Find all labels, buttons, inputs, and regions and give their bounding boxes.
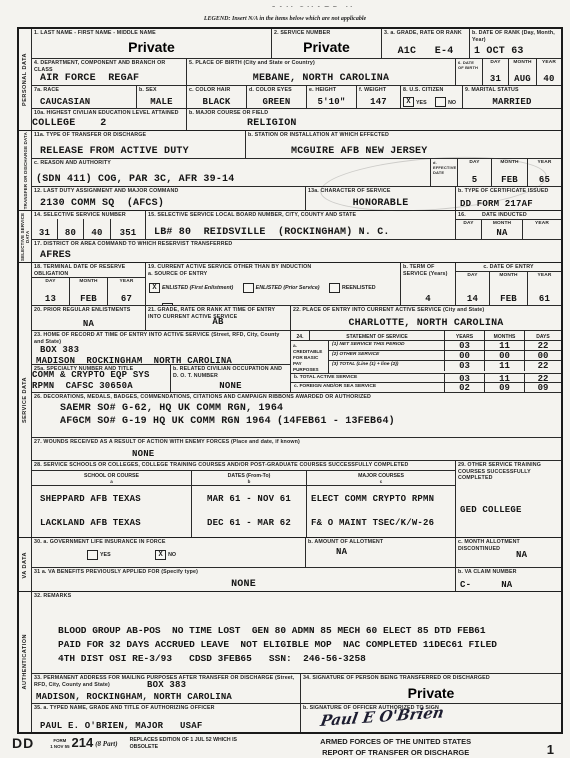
dob-year-value: 40 bbox=[537, 74, 561, 84]
field-us-citizen: 8. U.S. CITIZEN XYES NO bbox=[401, 86, 463, 108]
eff-year-value: 65 bbox=[528, 175, 561, 185]
field-va-claim-number: b. VA CLAIM NUMBER C- NA bbox=[456, 568, 561, 591]
field-service-number-label: 2. SERVICE NUMBER bbox=[272, 29, 381, 37]
field-reservist-command-value: AFRES bbox=[32, 250, 561, 261]
svc-row4-days: 22 bbox=[524, 374, 561, 382]
insurance-yes-checkbox bbox=[87, 550, 98, 560]
reenlisted-label: REENLISTED bbox=[342, 285, 376, 291]
field-station-effected-value: MCGUIRE AFB NEW JERSEY bbox=[246, 146, 561, 157]
enlisted-prior-checkbox bbox=[243, 283, 254, 293]
ind-year-label: YEAR bbox=[523, 220, 561, 227]
term-month-label: MONTH bbox=[70, 278, 107, 285]
field-term-of-service-value: 4 bbox=[401, 294, 455, 304]
rail-selective-label: SELECTIVE SERVICE DATA bbox=[20, 211, 30, 262]
field-sex: b. SEX MALE bbox=[137, 86, 187, 108]
svc-num: 24. bbox=[291, 331, 309, 340]
field-other-training: 29. OTHER SERVICE TRAINING COURSES SUCCE… bbox=[456, 461, 561, 537]
field-service-schools: 28. SERVICE SCHOOLS OR COLLEGES, COLLEGE… bbox=[32, 461, 456, 537]
entry-month-value: FEB bbox=[490, 294, 527, 304]
field-type-of-discharge: 11a. TYPE OF TRANSFER OR DISCHARGE RELEA… bbox=[32, 131, 246, 158]
field-reservist-command-label: 17. DISTRICT OR AREA COMMAND TO WHICH RE… bbox=[32, 240, 561, 248]
field-height-label: e. HEIGHT bbox=[307, 86, 356, 94]
field-sex-label: b. SEX bbox=[137, 86, 186, 94]
field-last-duty-label: 12. LAST DUTY ASSIGNMENT AND MAJOR COMMA… bbox=[32, 187, 305, 195]
field-date-of-birth-caption: 6. DATE OF BIRTH bbox=[456, 59, 483, 85]
svc-col-months: MONTHS bbox=[484, 331, 524, 340]
field-prior-enlistments: 20. PRIOR REGULAR ENLISTMENTS NA bbox=[32, 306, 146, 330]
field-last-duty: 12. LAST DUTY ASSIGNMENT AND MAJOR COMMA… bbox=[32, 187, 306, 210]
field-decorations-label: 26. DECORATIONS, MEDALS, BADGES, COMMEND… bbox=[32, 393, 561, 401]
field-authorizing-officer-label: 35. a. TYPED NAME, GRADE AND TITLE OF AU… bbox=[32, 704, 300, 712]
field-certificate-issued-value: DD FORM 217AF bbox=[456, 199, 561, 209]
field-eyes-label: d. COLOR EYES bbox=[247, 86, 306, 94]
field-eyes-value: GREEN bbox=[247, 97, 306, 107]
field-type-of-discharge-label: 11a. TYPE OF TRANSFER OR DISCHARGE bbox=[32, 131, 245, 139]
field-reason-authority-value: (SDN 411) COG, PAR 3C, AFR 39-14 bbox=[32, 174, 430, 185]
svc-row4-years: 03 bbox=[444, 374, 484, 382]
footer-form-date: 1 NOV 55 bbox=[50, 744, 69, 750]
field-source-of-entry-sublabel: a. SOURCE OF ENTRY bbox=[146, 271, 400, 278]
field-va-benefits-value: NONE bbox=[32, 579, 455, 590]
field-home-of-record-line2: MADISON ROCKINGHAM NORTH CAROLINA bbox=[32, 356, 290, 365]
term-month-value: FEB bbox=[70, 294, 107, 304]
field-effective-date-label: d. EFFECTIVE DATE bbox=[431, 159, 457, 175]
term-day-label: DAY bbox=[32, 278, 69, 285]
svc-group-label: a. CREDITABLE FOR BASIC PAY PURPOSES bbox=[291, 341, 329, 373]
field-service-schools-label: 28. SERVICE SCHOOLS OR COLLEGES, COLLEGE… bbox=[32, 461, 455, 471]
svc-col-years: YEARS bbox=[444, 331, 484, 340]
field-prior-enlistments-value: NA bbox=[32, 319, 145, 329]
svc-row2-months: 00 bbox=[484, 351, 524, 360]
schools-col-c-letter: c bbox=[380, 479, 383, 484]
entry-year-value: 61 bbox=[528, 294, 561, 304]
form-footer: DD FORM 1 NOV 55 214 (8 Part) REPLACES E… bbox=[12, 735, 562, 758]
remarks-line-2: PAID FOR 32 DAYS ACCRUED LEAVE NOT ELIGI… bbox=[58, 638, 561, 652]
citizen-no-checkbox bbox=[435, 97, 446, 107]
rail-service-label: SERVICE DATA bbox=[22, 377, 28, 423]
field-decorations: 26. DECORATIONS, MEDALS, BADGES, COMMEND… bbox=[32, 393, 561, 437]
rail-authentication-label: AUTHENTICATION bbox=[22, 634, 28, 689]
field-date-inducted-label: DATE INDUCTED bbox=[480, 211, 529, 219]
svc-row1-years: 03 bbox=[444, 341, 484, 350]
field-civilian-occupation-value: NONE bbox=[171, 381, 290, 391]
svc-row4-label: b. TOTAL ACTIVE SERVICE bbox=[291, 374, 444, 382]
svc-row2-days: 00 bbox=[524, 351, 561, 360]
field-eyes: d. COLOR EYES GREEN bbox=[247, 86, 307, 108]
field-reason-authority: c. REASON AND AUTHORITY (SDN 411) COG, P… bbox=[32, 159, 431, 186]
svc-title: STATEMENT OF SERVICE bbox=[309, 331, 444, 340]
field-department: 4. DEPARTMENT, COMPONENT AND BRANCH OR C… bbox=[32, 59, 187, 85]
schools-col-a-letter: a bbox=[110, 479, 113, 484]
field-permanent-address-line1: BOX 383 bbox=[147, 680, 186, 690]
rail-transfer-data: TRANSFER OR DISCHARGE DATA bbox=[19, 131, 32, 210]
field-major-course-value: RELIGION bbox=[187, 118, 561, 129]
field-va-benefits: 31 a. VA BENEFITS PREVIOUSLY APPLIED FOR… bbox=[32, 568, 456, 591]
field-place-of-entry: 22. PLACE OF ENTRY INTO CURRENT ACTIVE S… bbox=[291, 306, 561, 330]
page-number: 1 bbox=[547, 742, 554, 757]
field-month-discontinued-value: NA bbox=[456, 550, 561, 560]
section-va-data: VA DATA 30. a. GOVERNMENT LIFE INSURANCE… bbox=[19, 538, 561, 592]
field-life-insurance: 30. a. GOVERNMENT LIFE INSURANCE IN FORC… bbox=[32, 538, 306, 567]
field-place-of-entry-value: CHARLOTTE, NORTH CAROLINA bbox=[291, 318, 561, 329]
section-personal-data: PERSONAL DATA 1. LAST NAME - FIRST NAME … bbox=[19, 29, 561, 131]
svc-col-days: DAYS bbox=[524, 331, 561, 340]
field-place-of-birth: 5. PLACE OF BIRTH (City and State or Cou… bbox=[187, 59, 456, 85]
entry-month-label: MONTH bbox=[490, 272, 527, 279]
svc-row1-months: 11 bbox=[484, 341, 524, 350]
field-date-inducted-value: NA bbox=[482, 228, 522, 238]
field-date-inducted-num: 16. bbox=[456, 211, 480, 219]
enlisted-first-checkbox: X bbox=[149, 283, 160, 293]
field-last-duty-value: 2130 COMM SQ (AFCS) bbox=[32, 198, 305, 209]
rail-va-data: VA DATA bbox=[19, 538, 32, 591]
field-local-board: 15. SELECTIVE SERVICE LOCAL BOARD NUMBER… bbox=[146, 211, 456, 239]
field-life-insurance-label: 30. a. GOVERNMENT LIFE INSURANCE IN FORC… bbox=[32, 538, 305, 546]
field-education-level-value: COLLEGE 2 bbox=[32, 118, 186, 129]
field-effective-date: DAY5 MONTHFEB YEAR65 bbox=[458, 159, 561, 186]
field-place-of-entry-label: 22. PLACE OF ENTRY INTO CURRENT ACTIVE S… bbox=[291, 306, 561, 314]
home-record-specialty-block: 23. HOME OF RECORD AT TIME OF ENTRY INTO… bbox=[32, 331, 291, 392]
field-officer-signature: b. SIGNATURE OF OFFICER AUTHORIZED TO SI… bbox=[301, 704, 561, 732]
field-hair-label: c. COLOR HAIR bbox=[187, 86, 246, 94]
field-decorations-line2: AFGCM SO# G-19 HQ UK COMM RGN 1964 (14FE… bbox=[32, 416, 561, 427]
citizen-yes-label: YES bbox=[416, 99, 427, 105]
field-home-of-record-line1: BOX 383 bbox=[32, 345, 290, 355]
field-race: 7a. RACE CAUCASIAN bbox=[32, 86, 137, 108]
svc-row1-days: 22 bbox=[524, 341, 561, 350]
field-permanent-address: 33. PERMANENT ADDRESS FOR MAILING PURPOS… bbox=[32, 674, 301, 703]
svc-row1-label: (1) NET SERVICE THIS PERIOD bbox=[329, 341, 444, 350]
field-type-of-discharge-value: RELEASE FROM ACTIVE DUTY bbox=[32, 146, 245, 157]
field-amount-allotment-value: NA bbox=[306, 547, 455, 557]
entry-day-label: DAY bbox=[456, 272, 489, 279]
field-name: 1. LAST NAME - FIRST NAME - MIDDLE NAME … bbox=[32, 29, 272, 58]
school-row1-name: SHEPPARD AFB TEXAS bbox=[32, 494, 191, 504]
field-place-of-birth-value: MEBANE, NORTH CAROLINA bbox=[187, 73, 455, 84]
svc-row3-years: 03 bbox=[444, 361, 484, 371]
ssn-part-3: 40 bbox=[84, 228, 110, 238]
ind-month-label: MONTH bbox=[482, 220, 522, 227]
field-reason-authority-label: c. REASON AND AUTHORITY bbox=[32, 159, 430, 167]
rail-personal-label: PERSONAL DATA bbox=[22, 53, 28, 106]
other-entry-checkbox bbox=[162, 303, 173, 305]
field-va-claim-number-label: b. VA CLAIM NUMBER bbox=[456, 568, 561, 576]
school-row1-dates: MAR 61 - NOV 61 bbox=[192, 494, 306, 504]
field-marital-status-label: 9. MARITAL STATUS bbox=[463, 86, 561, 94]
field-decorations-line1: SAEMR SO# G-62, HQ UK COMM RGN, 1964 bbox=[32, 403, 561, 414]
field-date-of-birth: DAY31 MONTHAUG YEAR40 bbox=[483, 59, 561, 85]
dob-month-value: AUG bbox=[509, 74, 536, 84]
clipped-header-stamp-text: JAILGUARD II: bbox=[271, 5, 360, 7]
reenlisted-checkbox bbox=[329, 283, 340, 293]
field-civilian-occupation-label: b. RELATED CIVILIAN OCCUPATION AND D. O.… bbox=[171, 365, 290, 379]
field-race-value: CAUCASIAN bbox=[32, 97, 136, 107]
field-reservist-command: 17. DISTRICT OR AREA COMMAND TO WHICH RE… bbox=[32, 240, 561, 262]
field-hair: c. COLOR HAIR BLACK bbox=[187, 86, 247, 108]
footer-title-line1: ARMED FORCES OF THE UNITED STATES bbox=[255, 736, 537, 747]
ind-day-label: DAY bbox=[456, 220, 481, 227]
ssn-part-2: 80 bbox=[58, 228, 83, 238]
field-va-claim-number-value: NA bbox=[501, 580, 512, 590]
field-wounds-value: NONE bbox=[32, 449, 561, 459]
rail-selective-service: SELECTIVE SERVICE DATA bbox=[19, 211, 32, 262]
field-education-level: 10a. HIGHEST CIVILIAN EDUCATION LEVEL AT… bbox=[32, 109, 187, 130]
field-character-of-service-value: HONORABLE bbox=[306, 198, 455, 209]
eff-month-value: FEB bbox=[492, 175, 527, 185]
citizen-no-label: NO bbox=[448, 99, 456, 105]
dob-day-value: 31 bbox=[483, 74, 508, 84]
insurance-no-checkbox: X bbox=[155, 550, 166, 560]
field-wounds: 27. WOUNDS RECEIVED AS A RESULT OF ACTIO… bbox=[32, 438, 561, 460]
enlisted-prior-label: ENLISTED (Prior Service) bbox=[256, 285, 320, 291]
field-hair-value: BLACK bbox=[187, 97, 246, 107]
field-height-value: 5'10" bbox=[307, 97, 356, 107]
field-date-of-entry-label: c. DATE OF ENTRY bbox=[456, 263, 561, 271]
dob-day-label: DAY bbox=[483, 59, 508, 66]
field-date-of-birth-label: 6. DATE OF BIRTH bbox=[456, 59, 482, 70]
ssn-part-1: 31 bbox=[32, 228, 57, 238]
field-weight: f. WEIGHT 147 bbox=[357, 86, 401, 108]
field-us-citizen-label: 8. U.S. CITIZEN bbox=[401, 86, 462, 94]
statement-of-service-table: 24. STATEMENT OF SERVICE YEARS MONTHS DA… bbox=[291, 331, 561, 392]
field-name-value: Private bbox=[32, 39, 271, 55]
footer-title-line2: REPORT OF TRANSFER OR DISCHARGE bbox=[255, 747, 537, 758]
svc-row2-label: (2) OTHER SERVICE bbox=[329, 351, 444, 360]
field-place-of-birth-label: 5. PLACE OF BIRTH (City and State or Cou… bbox=[187, 59, 455, 67]
field-term-of-service-label: b. TERM OF SERVICE (Years) bbox=[401, 263, 455, 277]
field-service-number: 2. SERVICE NUMBER Private bbox=[272, 29, 382, 58]
field-prior-enlistments-label: 20. PRIOR REGULAR ENLISTMENTS bbox=[32, 306, 145, 314]
term-day-value: 13 bbox=[32, 294, 69, 304]
school-row2-dates: DEC 61 - MAR 62 bbox=[192, 518, 306, 528]
footer-form-id: FORM 1 NOV 55 214 (8 Part) bbox=[50, 735, 119, 750]
field-character-of-service: 13a. CHARACTER OF SERVICE HONORABLE bbox=[306, 187, 456, 210]
svc-row3-label: (3) TOTAL (Line (1) + line (2)) bbox=[329, 361, 444, 371]
field-selective-service-number: 14. SELECTIVE SERVICE NUMBER 31 80 40 35… bbox=[32, 211, 146, 239]
insurance-yes-label: YES bbox=[100, 552, 111, 558]
field-other-training-label: 29. OTHER SERVICE TRAINING COURSES SUCCE… bbox=[456, 461, 561, 482]
insurance-no-label: NO bbox=[168, 552, 176, 558]
field-grade-at-entry: 21. GRADE, RATE OR RANK AT TIME OF ENTRY… bbox=[146, 306, 291, 330]
clipped-header-stamp: JAILGUARD II: bbox=[225, 0, 405, 7]
section-selective-service: SELECTIVE SERVICE DATA 14. SELECTIVE SER… bbox=[19, 211, 561, 263]
field-service-number-value: Private bbox=[272, 39, 381, 55]
footer-title: ARMED FORCES OF THE UNITED STATES REPORT… bbox=[255, 736, 537, 758]
field-station-effected: b. STATION OR INSTALLATION AT WHICH EFFE… bbox=[246, 131, 561, 158]
field-date-of-rank-label: b. DATE OF RANK (Day, Month, Year) bbox=[470, 29, 561, 43]
field-character-of-service-label: 13a. CHARACTER OF SERVICE bbox=[306, 187, 455, 195]
field-grade-rank-value: A1C E-4 bbox=[382, 46, 469, 57]
field-date-of-rank: b. DATE OF RANK (Day, Month, Year) 1 OCT… bbox=[470, 29, 561, 58]
field-source-of-entry-label: 19. CURRENT ACTIVE SERVICE OTHER THAN BY… bbox=[146, 263, 400, 271]
field-grade-at-entry-value: AB bbox=[146, 317, 290, 327]
field-local-board-value: LB# 80 REIDSVILLE (ROCKINGHAM) N. C. bbox=[146, 227, 455, 238]
field-date-inducted: 16. DATE INDUCTED DAY MONTHNA YEAR bbox=[456, 211, 561, 239]
field-term-of-service: b. TERM OF SERVICE (Years) 4 bbox=[401, 263, 456, 305]
remarks-line-1: BLOOD GROUP AB-POS NO TIME LOST GEN 80 A… bbox=[58, 624, 561, 638]
svc-row3-months: 11 bbox=[484, 361, 524, 371]
field-major-course: b. MAJOR COURSE OR FIELD RELIGION bbox=[187, 109, 561, 130]
field-height: e. HEIGHT 5'10" bbox=[307, 86, 357, 108]
rail-transfer-label: TRANSFER OR DISCHARGE DATA bbox=[23, 132, 28, 209]
eff-day-label: DAY bbox=[458, 159, 491, 166]
school-row2-name: LACKLAND AFB TEXAS bbox=[32, 518, 191, 528]
legend-line: LEGEND: Insert N/A in the items below wh… bbox=[120, 16, 450, 22]
field-home-of-record-label: 23. HOME OF RECORD AT TIME OF ENTRY INTO… bbox=[32, 331, 290, 345]
dob-year-label: YEAR bbox=[537, 59, 561, 66]
ssn-part-4: 351 bbox=[111, 228, 145, 238]
footer-dd: DD bbox=[12, 735, 34, 751]
field-grade-rank: 3. a. GRADE, RATE OR RANK A1C E-4 bbox=[382, 29, 470, 58]
field-department-value: AIR FORCE REGAF bbox=[32, 73, 186, 84]
eff-day-value: 5 bbox=[458, 175, 491, 185]
section-service-data: SERVICE DATA 18. TERMINAL DATE OF RESERV… bbox=[19, 263, 561, 538]
field-marital-status: 9. MARITAL STATUS MARRIED bbox=[463, 86, 561, 108]
footer-form-part: (8 Part) bbox=[95, 740, 117, 748]
svc-row5-months: 09 bbox=[484, 383, 524, 392]
entry-year-label: YEAR bbox=[528, 272, 561, 279]
field-remarks-label: 32. REMARKS bbox=[32, 592, 561, 600]
field-amount-allotment: b. AMOUNT OF ALLOTMENT NA bbox=[306, 538, 456, 567]
section-transfer-data: TRANSFER OR DISCHARGE DATA 11a. TYPE OF … bbox=[19, 131, 561, 211]
rail-personal-data: PERSONAL DATA bbox=[19, 29, 32, 130]
footer-replaces-note: REPLACES EDITION OF 1 JUL 52 WHICH IS OB… bbox=[130, 737, 255, 751]
svc-row3-days: 22 bbox=[524, 361, 561, 371]
field-certificate-issued-label: b. TYPE OF CERTIFICATE ISSUED bbox=[456, 187, 561, 195]
field-source-of-entry: 19. CURRENT ACTIVE SERVICE OTHER THAN BY… bbox=[146, 263, 401, 305]
field-marital-status-value: MARRIED bbox=[463, 97, 561, 107]
field-authorizing-officer: 35. a. TYPED NAME, GRADE AND TITLE OF AU… bbox=[32, 704, 301, 732]
section-authentication: AUTHENTICATION 32. REMARKS BLOOD GROUP A… bbox=[19, 592, 561, 732]
svc-row5-days: 09 bbox=[524, 383, 561, 392]
rail-service-data: SERVICE DATA bbox=[19, 263, 32, 537]
entry-day-value: 14 bbox=[456, 294, 489, 304]
field-permanent-address-line2: MADISON, ROCKINGHAM, NORTH CAROLINA bbox=[32, 692, 300, 702]
svc-row2-years: 00 bbox=[444, 351, 484, 360]
field-person-signature-label: 34. SIGNATURE OF PERSON BEING TRANSFERRE… bbox=[301, 674, 561, 682]
field-amount-allotment-label: b. AMOUNT OF ALLOTMENT bbox=[306, 538, 455, 546]
dob-month-label: MONTH bbox=[509, 59, 536, 66]
eff-month-label: MONTH bbox=[492, 159, 527, 166]
field-major-course-label: b. MAJOR COURSE OR FIELD bbox=[187, 109, 561, 117]
eff-year-label: YEAR bbox=[528, 159, 561, 166]
field-remarks: 32. REMARKS BLOOD GROUP AB-POS NO TIME L… bbox=[32, 592, 561, 673]
field-effective-date-caption: d. EFFECTIVE DATE bbox=[431, 159, 458, 186]
field-date-of-rank-value: 1 OCT 63 bbox=[470, 46, 561, 57]
field-race-label: 7a. RACE bbox=[32, 86, 136, 94]
dd214-document: JAILGUARD II: LEGEND: Insert N/A in the … bbox=[0, 0, 570, 758]
rail-authentication: AUTHENTICATION bbox=[19, 592, 32, 732]
form-border: PERSONAL DATA 1. LAST NAME - FIRST NAME … bbox=[17, 27, 563, 734]
svc-row4-months: 11 bbox=[484, 374, 524, 382]
va-claim-prefix: C- bbox=[456, 580, 471, 590]
schools-col-b-letter: b bbox=[248, 479, 251, 484]
field-specialty-number: 25a. SPECIALTY NUMBER AND TITLE COMM & C… bbox=[32, 365, 171, 392]
field-station-effected-label: b. STATION OR INSTALLATION AT WHICH EFFE… bbox=[246, 131, 561, 139]
field-civilian-occupation: b. RELATED CIVILIAN OCCUPATION AND D. O.… bbox=[171, 365, 290, 392]
rail-va-label: VA DATA bbox=[22, 552, 28, 579]
term-year-value: 67 bbox=[108, 294, 145, 304]
field-name-label: 1. LAST NAME - FIRST NAME - MIDDLE NAME bbox=[32, 29, 271, 37]
field-ssn-label: 14. SELECTIVE SERVICE NUMBER bbox=[32, 211, 145, 219]
remarks-line-3: 4TH DIST OSI RE-3/93 CDSD 3FEB65 SSN: 24… bbox=[58, 652, 561, 666]
field-department-label: 4. DEPARTMENT, COMPONENT AND BRANCH OR C… bbox=[32, 59, 186, 73]
field-wounds-label: 27. WOUNDS RECEIVED AS A RESULT OF ACTIO… bbox=[32, 438, 561, 446]
field-terminal-date-label: 18. TERMINAL DATE OF RESERVE OBLIGATION bbox=[32, 263, 145, 277]
field-specialty-line2: RPMN CAFSC 30650A bbox=[32, 381, 170, 391]
field-va-benefits-label: 31 a. VA BENEFITS PREVIOUSLY APPLIED FOR… bbox=[32, 568, 455, 576]
field-month-discontinued: c. MONTH ALLOTMENT DISCONTINUED NA bbox=[456, 538, 561, 567]
enlisted-first-label: ENLISTED (First Enlistment) bbox=[162, 285, 233, 291]
field-specialty-line1: COMM & CRYPTO EQP SYS bbox=[32, 370, 170, 380]
field-certificate-issued: b. TYPE OF CERTIFICATE ISSUED DD FORM 21… bbox=[456, 187, 561, 210]
citizen-yes-checkbox: X bbox=[403, 97, 414, 107]
field-local-board-label: 15. SELECTIVE SERVICE LOCAL BOARD NUMBER… bbox=[146, 211, 455, 219]
field-authorizing-officer-value: PAUL E. O'BRIEN, MAJOR USAF bbox=[32, 721, 300, 731]
svc-row5-years: 02 bbox=[444, 383, 484, 392]
field-sex-value: MALE bbox=[137, 97, 186, 107]
field-other-training-value: GED COLLEGE bbox=[456, 505, 561, 515]
field-weight-value: 147 bbox=[357, 97, 400, 107]
field-terminal-date: 18. TERMINAL DATE OF RESERVE OBLIGATION … bbox=[32, 263, 146, 305]
field-home-of-record: 23. HOME OF RECORD AT TIME OF ENTRY INTO… bbox=[32, 331, 290, 365]
field-weight-label: f. WEIGHT bbox=[357, 86, 400, 94]
svc-row5-label: c. FOREIGN AND/OR SEA SERVICE bbox=[291, 383, 444, 392]
footer-form-number: 214 bbox=[72, 735, 94, 750]
field-grade-rank-label: 3. a. GRADE, RATE OR RANK bbox=[382, 29, 469, 37]
school-row2-major: F& O MAINT TSEC/K/W-26 bbox=[307, 518, 455, 528]
field-date-of-entry: c. DATE OF ENTRY DAY14 MONTHFEB YEAR61 bbox=[456, 263, 561, 305]
school-row1-major: ELECT COMM CRYPTO RPMN bbox=[307, 494, 455, 504]
term-year-label: YEAR bbox=[108, 278, 145, 285]
field-education-level-label: 10a. HIGHEST CIVILIAN EDUCATION LEVEL AT… bbox=[32, 109, 186, 117]
